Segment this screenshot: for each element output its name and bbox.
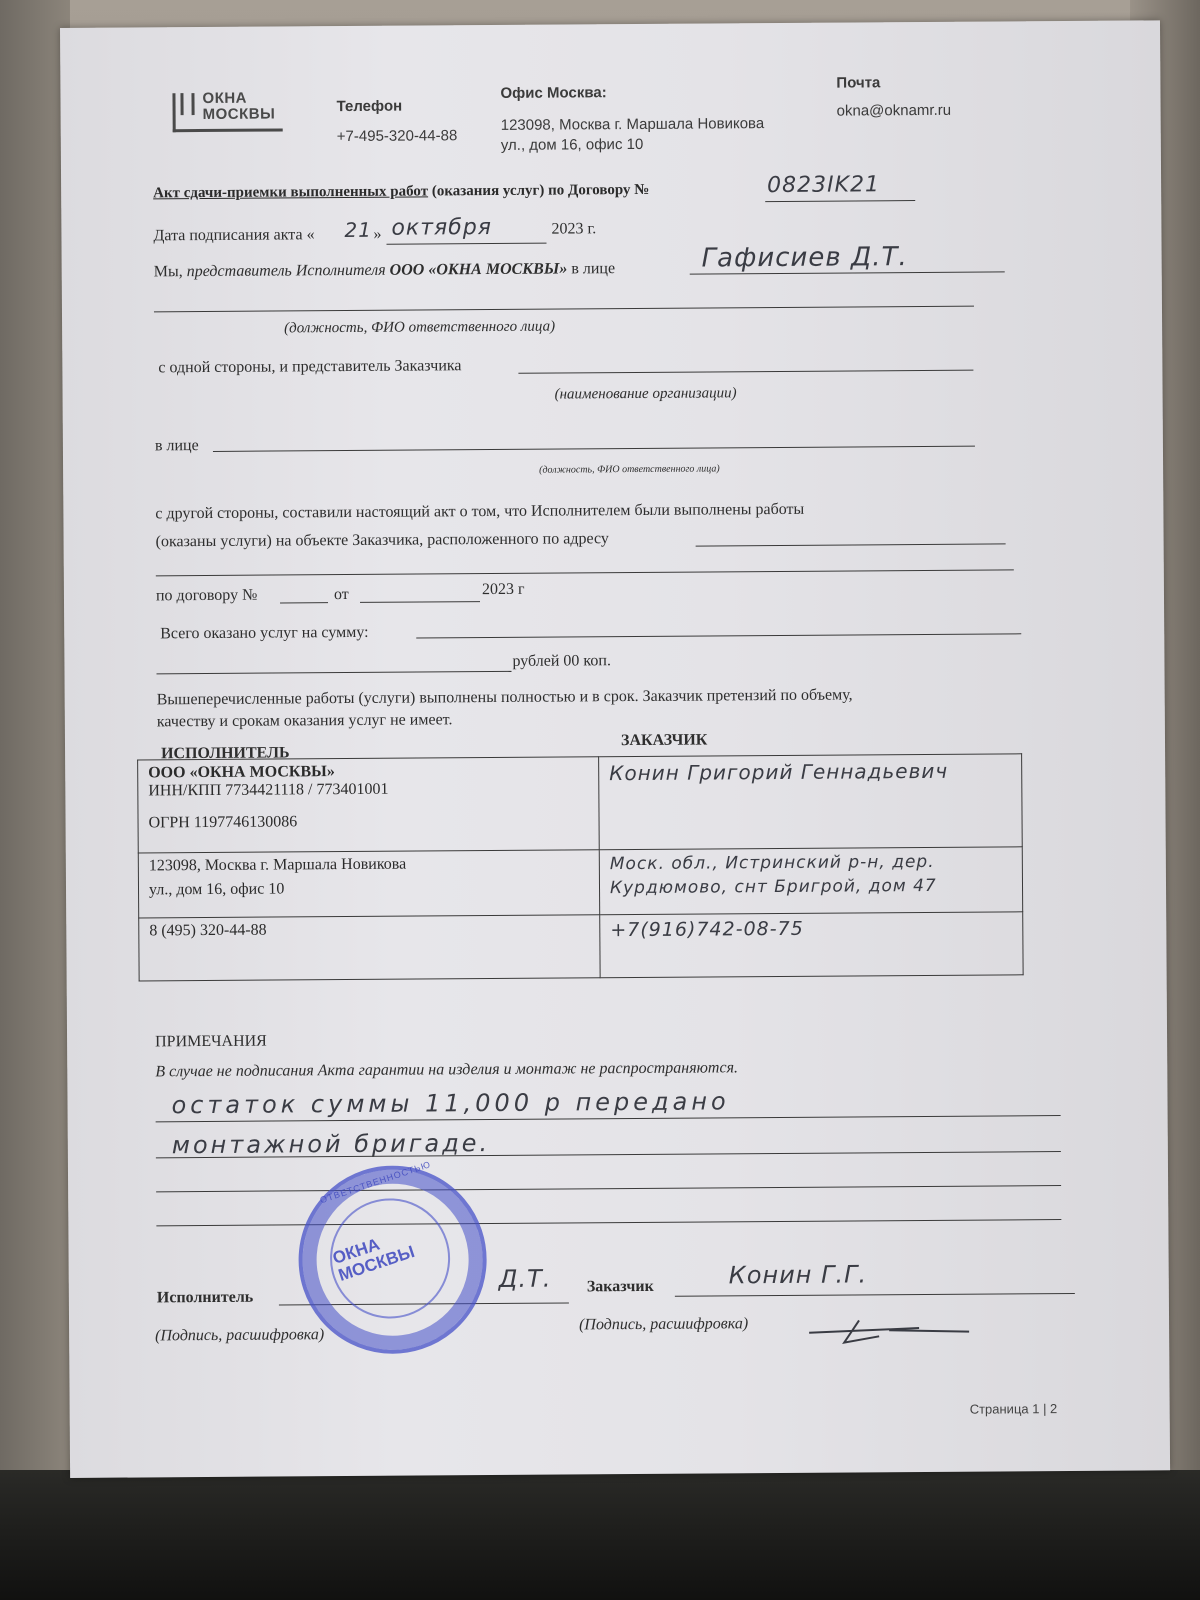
executor-ogrn: ОГРН 1197746130086 [148,811,588,832]
customer-org-line [518,370,973,374]
executor-phone: 8 (495) 320-44-88 [149,919,589,940]
contract-number-handwritten: 0823IK21 [767,172,880,198]
statement-line2: (оказаны услуги) на объекте Заказчика, р… [156,530,609,551]
total-suffix: рублей 00 коп. [512,652,611,671]
date-month-handwritten: октября [391,215,492,241]
total-words-line [157,671,512,674]
background-floor [0,1470,1200,1600]
date-prefix: Дата подписания акта « [153,226,314,245]
executor-inn-kpp: ИНН/КПП 7734421118 / 773401001 [148,779,588,800]
contract-ref-number-line [280,602,328,603]
date-year: 2023 г. [551,220,596,238]
customer-name-cell: Конин Григорий Геннадьевич [599,754,1023,850]
object-address-line-2 [156,569,1014,576]
executor-rep-handwritten: Гафисиев Д.Т. [702,242,908,273]
email-label: Почта [836,74,880,91]
office-address-line2: ул., дом 16, офис 10 [501,136,644,154]
contract-ref-from: от [334,586,349,604]
email-value: okna@oknamr.ru [837,102,952,120]
logo-text-line2: МОСКВЫ [203,106,276,123]
customer-signature-scribble-icon [799,1310,979,1351]
in-person-label: в лице [155,437,199,455]
hint-position-fio: (должность, ФИО ответственного лица) [284,319,555,338]
executor-rep-sentence: Мы, представитель Исполнителя ООО «ОКНА … [154,260,615,281]
executor-details-cell: ООО «ОКНА МОСКВЫ» ИНН/КПП 7734421118 / 7… [138,757,600,853]
executor-phone-cell: 8 (495) 320-44-88 [139,915,600,981]
executor-sign-hint: (Подпись, расшифровка) [155,1326,324,1345]
executor-sign-label: Исполнитель [157,1289,253,1308]
logo-text-line1: ОКНА [202,91,247,107]
logo-mark-icon [172,93,199,132]
hint-org-name: (наименование организации) [555,385,737,403]
customer-address-cell: Моск. обл., Истринский р-н, дер. Курдюмо… [599,847,1022,915]
office-label: Офис Москва: [500,84,606,102]
table-row: ООО «ОКНА МОСКВЫ» ИНН/КПП 7734421118 / 7… [138,754,1023,853]
notes-line-4 [156,1219,1061,1226]
executor-address-line1: 123098, Москва г. Маршала Новикова [149,854,589,875]
hint-position-fio-small: (должность, ФИО ответственного лица) [539,463,720,475]
table-row: 8 (495) 320-44-88 +7(916)742-08-75 [139,912,1023,981]
background-surface-left [0,0,70,1600]
customer-signature-handwritten: Конин Г.Г. [729,1260,868,1289]
object-address-line [696,543,1006,546]
contract-number-line [765,200,915,202]
act-title: Акт сдачи-приемки выполненных работ (ока… [153,182,649,202]
statement-line1: с другой стороны, составили настоящий ак… [155,501,804,524]
executor-rep-line-2 [154,306,974,313]
no-claims-line1: Вышеперечисленные работы (услуги) выполн… [157,686,853,709]
customer-person-line [213,446,975,452]
contract-ref-label: по договору № [156,587,257,606]
customer-sign-line [675,1293,1075,1297]
date-quote-close: » [373,226,381,244]
company-logo: ОКНА МОСКВЫ [172,88,282,135]
act-title-main: Акт сдачи-приемки выполненных работ [153,183,428,201]
customer-name-handwritten: Конин Григорий Геннадьевич [609,758,1011,785]
date-month-line [387,243,547,245]
executor-address-cell: 123098, Москва г. Маршала Новикова ул., … [138,850,599,918]
we-suffix: в лице [567,260,615,277]
phone-value: +7-495-320-44-88 [337,127,458,145]
notes-handwritten-line1: остаток суммы 11,000 р передано [171,1087,729,1119]
notes-line-3 [156,1185,1061,1192]
customer-heading: ЗАКАЗЧИК [621,731,708,750]
parties-table: ООО «ОКНА МОСКВЫ» ИНН/КПП 7734421118 / 7… [137,753,1024,981]
we-role: представитель Исполнителя [187,262,390,280]
total-label: Всего оказано услуг на сумму: [160,624,368,643]
logo-underline [197,128,283,132]
phone-label: Телефон [336,98,402,115]
no-claims-line2: качеству и срокам оказания услуг не имее… [157,711,453,731]
we-company: ООО «ОКНА МОСКВЫ» [390,260,568,278]
customer-phone-handwritten: +7(916)742-08-75 [610,916,1012,941]
date-day-handwritten: 21 [344,218,372,242]
table-row: 123098, Москва г. Маршала Новикова ул., … [138,847,1022,918]
contract-ref-date-line [360,601,480,603]
customer-phone-cell: +7(916)742-08-75 [600,912,1023,978]
customer-sign-hint: (Подпись, расшифровка) [579,1315,748,1334]
document-page: ОКНА МОСКВЫ Телефон +7-495-320-44-88 Офи… [60,20,1170,1478]
office-address-line1: 123098, Москва г. Маршала Новикова [501,115,765,134]
customer-rep-label: с одной стороны, и представитель Заказчи… [158,357,461,377]
customer-address-line2-handwritten: Курдюмово, снт Бригрой, дом 47 [610,875,1012,898]
customer-sign-label: Заказчик [587,1278,654,1296]
executor-signature-handwritten: Д.Т. [499,1265,552,1293]
total-amount-line [416,633,1021,638]
notes-heading: ПРИМЕЧАНИЯ [155,1033,267,1052]
we-prefix: Мы, [154,263,187,280]
customer-address-line1-handwritten: Моск. обл., Истринский р-н, дер. [610,851,1012,874]
notes-warning: В случае не подписания Акта гарантии на … [155,1059,738,1081]
stamp-ring-text: ОТВЕТСТВЕННОСТЬЮ [319,1159,433,1205]
act-title-rest: (оказания услуг) по Договору № [428,182,649,200]
contract-ref-year: 2023 г [482,581,525,599]
page-number: Страница 1 | 2 [970,1401,1058,1417]
executor-address-line2: ул., дом 16, офис 10 [149,878,589,899]
